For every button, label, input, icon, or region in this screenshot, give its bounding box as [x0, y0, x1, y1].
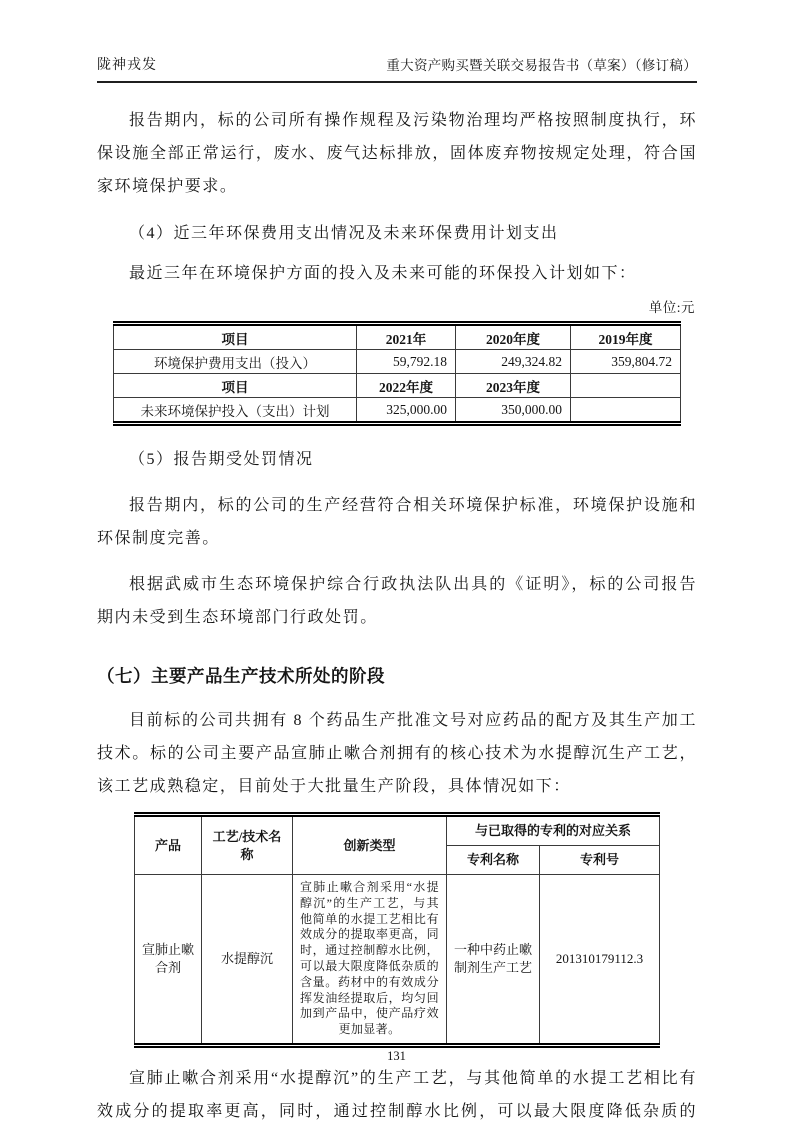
table-row: 环境保护费用支出（投入） 59,792.18 249,324.82 359,80… [114, 350, 681, 374]
cell-expense-label: 环境保护费用支出（投入） [114, 350, 357, 374]
environment-expense-table: 项目 2021年 2020年度 2019年度 环境保护费用支出（投入） 59,7… [113, 321, 681, 426]
col-header-innovation: 创新类型 [292, 815, 446, 875]
paragraph-env-compliance: 报告期内，标的公司所有操作规程及污染物治理均严格按照制度执行，环保设施全部正常运… [97, 104, 697, 203]
col-header-patent-group: 与已取得的专利的对应关系 [446, 815, 659, 846]
table-row: 宣肺止嗽合剂 水提醇沉 宣肺止嗽合剂采用“水提醇沉”的生产工艺，与其他简单的水提… [134, 875, 659, 1046]
cell-plan-label: 未来环境保护投入（支出）计划 [114, 398, 357, 424]
col-header-product: 产品 [134, 815, 201, 875]
col-header-empty [571, 374, 681, 398]
cell-expense-2020: 249,324.82 [456, 350, 571, 374]
paragraph-technology-intro: 目前标的公司共拥有 8 个药品生产批准文号对应药品的配方及其生产加工技术。标的公… [97, 704, 697, 803]
table-row: 产品 工艺/技术名称 创新类型 与已取得的专利的对应关系 [134, 815, 659, 846]
cell-plan-empty [571, 398, 681, 424]
col-header-item: 项目 [114, 324, 357, 350]
page-number: 131 [0, 1049, 793, 1064]
col-header-2019: 2019年度 [571, 324, 681, 350]
paragraph-env-invest-intro: 最近三年在环境保护方面的投入及未来可能的环保投入计划如下： [97, 257, 697, 290]
subheading-5-penalty: （5）报告期受处罚情况 [97, 443, 697, 476]
col-header-2023: 2023年度 [456, 374, 571, 398]
col-header-2022: 2022年度 [357, 374, 456, 398]
col-header-2020: 2020年度 [456, 324, 571, 350]
table-unit-note: 单位:元 [97, 296, 695, 316]
subheading-4-env-expense: （4）近三年环保费用支出情况及未来环保费用计划支出 [97, 217, 697, 250]
cell-product: 宣肺止嗽合剂 [134, 875, 201, 1046]
paragraph-technology-detail: 宣肺止嗽合剂采用“水提醇沉”的生产工艺，与其他简单的水提工艺相比有效成分的提取率… [97, 1062, 697, 1122]
paragraph-penalty-1: 报告期内，标的公司的生产经营符合相关环境保护标准，环境保护设施和环保制度完善。 [97, 489, 697, 555]
col-header-patent-no: 专利号 [539, 846, 659, 875]
section-heading-7-technology-stage: （七）主要产品生产技术所处的阶段 [97, 663, 697, 688]
document-page: 陇神戎发 重大资产购买暨关联交易报告书（草案）（修订稿） 报告期内，标的公司所有… [0, 0, 793, 1122]
table-row: 项目 2021年 2020年度 2019年度 [114, 324, 681, 350]
col-header-item: 项目 [114, 374, 357, 398]
technology-patent-table: 产品 工艺/技术名称 创新类型 与已取得的专利的对应关系 专利名称 专利号 宣肺… [134, 812, 660, 1048]
header-report-title: 重大资产购买暨关联交易报告书（草案）（修订稿） [386, 54, 697, 74]
paragraph-penalty-2: 根据武威市生态环境保护综合行政执法队出具的《证明》，标的公司报告期内未受到生态环… [97, 568, 697, 634]
col-header-patent-name: 专利名称 [446, 846, 539, 875]
cell-patent-name: 一种中药止嗽制剂生产工艺 [446, 875, 539, 1046]
header-company-name: 陇神戎发 [97, 54, 157, 74]
table-row: 项目 2022年度 2023年度 [114, 374, 681, 398]
col-header-tech-name: 工艺/技术名称 [201, 815, 292, 875]
cell-patent-no: 201310179112.3 [539, 875, 659, 1046]
cell-plan-2023: 350,000.00 [456, 398, 571, 424]
cell-plan-2022: 325,000.00 [357, 398, 456, 424]
running-header: 陇神戎发 重大资产购买暨关联交易报告书（草案）（修订稿） [97, 54, 697, 83]
cell-tech-name: 水提醇沉 [201, 875, 292, 1046]
cell-expense-2019: 359,804.72 [571, 350, 681, 374]
col-header-2021: 2021年 [357, 324, 456, 350]
cell-expense-2021: 59,792.18 [357, 350, 456, 374]
table-row: 未来环境保护投入（支出）计划 325,000.00 350,000.00 [114, 398, 681, 424]
cell-innovation: 宣肺止嗽合剂采用“水提醇沉”的生产工艺，与其他简单的水提工艺相比有效成分的提取率… [292, 875, 446, 1046]
